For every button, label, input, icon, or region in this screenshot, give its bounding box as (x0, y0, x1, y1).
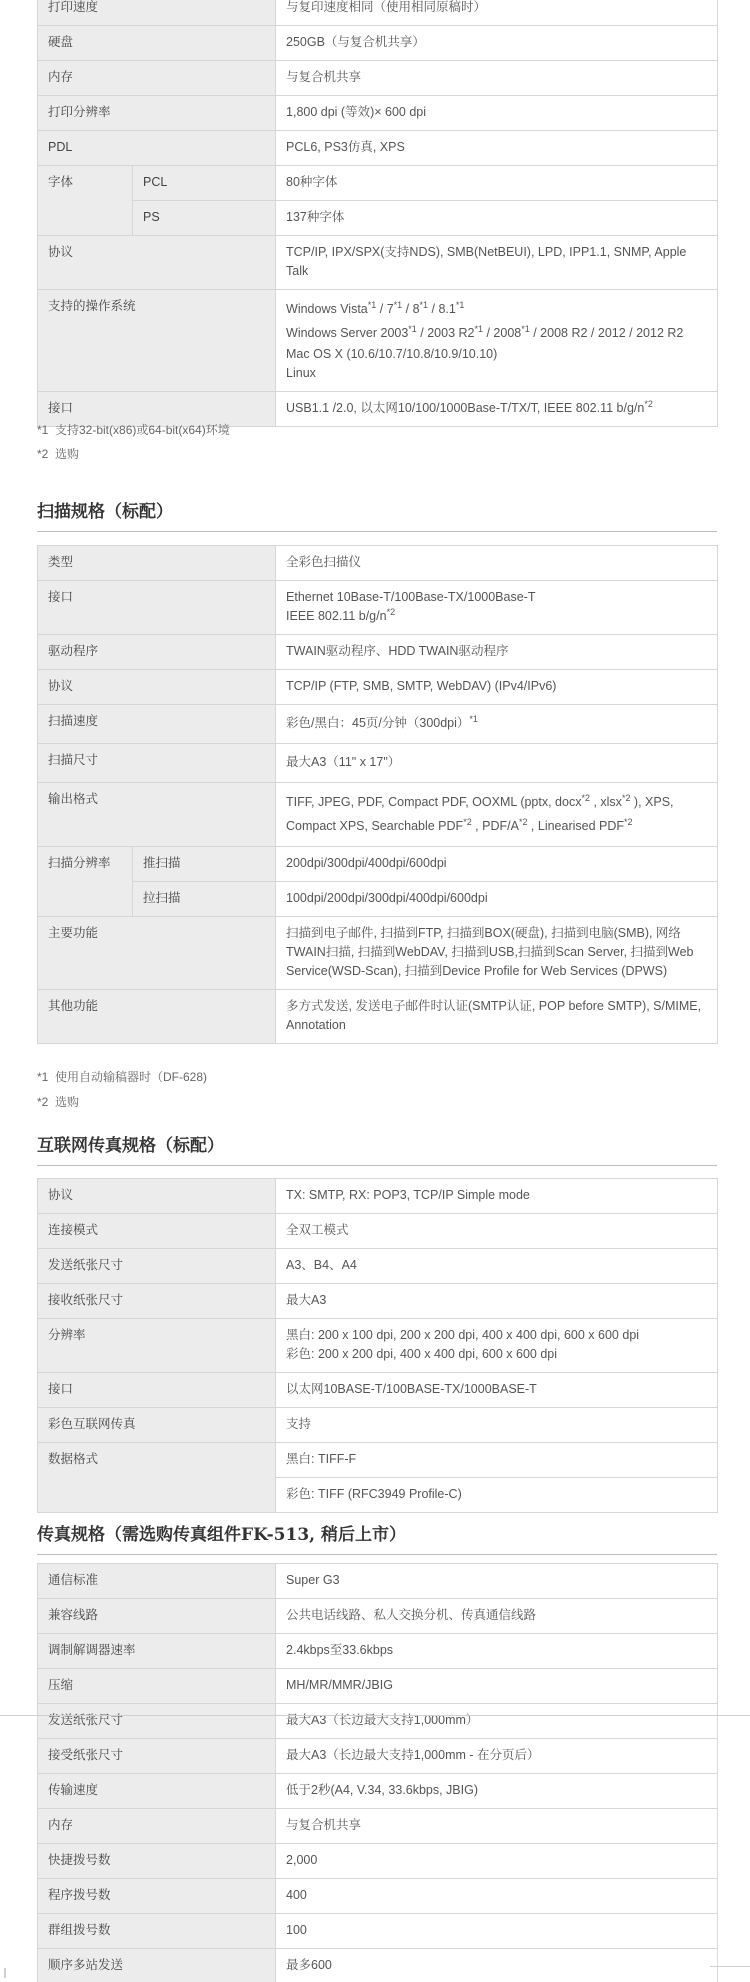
image-seam-edge (717, 1716, 718, 1966)
row-label: 发送纸张尺寸 (38, 1249, 276, 1284)
table-row: 硬盘 250GB（与复合机共享） (38, 26, 718, 61)
row-value: 黑白: 200 x 100 dpi, 200 x 200 dpi, 400 x … (276, 1319, 718, 1373)
footnote: *1使用自动输稿器时（DF-628) (37, 1069, 207, 1085)
table-row: 字体 PCL 80种字体 (38, 166, 718, 201)
row-label: 内存 (38, 1809, 276, 1844)
row-label: 程序拨号数 (38, 1879, 276, 1914)
os-line: Mac OS X (10.6/10.7/10.8/10.9/10.10) (286, 345, 707, 364)
row-label: 扫描速度 (38, 705, 276, 744)
image-seam-divider (0, 1715, 750, 1716)
row-value: 最多600 (276, 1949, 718, 1982)
table-row: 主要功能 扫描到电子邮件, 扫描到FTP, 扫描到BOX(硬盘), 扫描到电脑(… (38, 917, 718, 990)
section-title-scan: 扫描规格（标配） (37, 497, 717, 532)
row-value: 支持 (276, 1408, 718, 1443)
row-label: 兼容线路 (38, 1599, 276, 1634)
row-label: 通信标准 (38, 1564, 276, 1599)
row-label: 打印分辨率 (38, 96, 276, 131)
table-row: 传输速度 低于2秒(A4, V.34, 33.6kbps, JBIG) (38, 1774, 718, 1809)
table-row: 打印速度 与复印速度相同（使用相同原稿时） (38, 0, 718, 26)
table-row: 接收纸张尺寸 最大A3 (38, 1284, 718, 1319)
table-row: 内存 与复合机共享 (38, 61, 718, 96)
table-row: 接口 Ethernet 10Base-T/100Base-TX/1000Base… (38, 581, 718, 635)
row-label: 压缩 (38, 1669, 276, 1704)
row-value: Super G3 (276, 1564, 718, 1599)
row-value: TCP/IP, IPX/SPX(支持NDS), SMB(NetBEUI), LP… (276, 236, 718, 290)
row-value: 低于2秒(A4, V.34, 33.6kbps, JBIG) (276, 1774, 718, 1809)
row-label: 其他功能 (38, 990, 276, 1044)
row-label: 接口 (38, 1373, 276, 1408)
row-label: 传输速度 (38, 1774, 276, 1809)
row-label: 扫描尺寸 (38, 744, 276, 783)
table-row: 接受纸张尺寸 最大A3（长边最大支持1,000mm - 在分页后） (38, 1739, 718, 1774)
row-sublabel: PCL (133, 166, 276, 201)
row-label: 接收纸张尺寸 (38, 1284, 276, 1319)
row-value: 以太网10BASE-T/100BASE-TX/1000BASE-T (276, 1373, 718, 1408)
row-value: 全双工模式 (276, 1214, 718, 1249)
row-value: 黑白: TIFF-F (276, 1443, 718, 1478)
table-row: 扫描分辨率 推扫描 200dpi/300dpi/400dpi/600dpi (38, 847, 718, 882)
table-row: 接口 以太网10BASE-T/100BASE-TX/1000BASE-T (38, 1373, 718, 1408)
footnote: *2选购 (37, 446, 79, 462)
row-label: 连接模式 (38, 1214, 276, 1249)
table-row: 兼容线路 公共电话线路、私人交换分机、传真通信线路 (38, 1599, 718, 1634)
row-value: 1,800 dpi (等效)× 600 dpi (276, 96, 718, 131)
row-label: 协议 (38, 236, 276, 290)
table-row: 扫描尺寸 最大A3（11" x 17"） (38, 744, 718, 783)
row-label: 数据格式 (38, 1443, 276, 1513)
row-value: 与复合机共享 (276, 1809, 718, 1844)
row-label: 驱动程序 (38, 635, 276, 670)
table-row: 协议 TX: SMTP, RX: POP3, TCP/IP Simple mod… (38, 1179, 718, 1214)
row-value: 与复合机共享 (276, 61, 718, 96)
row-label: 扫描分辨率 (38, 847, 133, 917)
table-row: 通信标准 Super G3 (38, 1564, 718, 1599)
table-row: 协议 TCP/IP (FTP, SMB, SMTP, WebDAV) (IPv4… (38, 670, 718, 705)
row-value: 最大A3（长边最大支持1,000mm - 在分页后） (276, 1739, 718, 1774)
row-label: 主要功能 (38, 917, 276, 990)
row-value: 与复印速度相同（使用相同原稿时） (276, 0, 718, 26)
row-label: 协议 (38, 1179, 276, 1214)
table-row: 连接模式 全双工模式 (38, 1214, 718, 1249)
row-value: A3、B4、A4 (276, 1249, 718, 1284)
table-row: 内存 与复合机共享 (38, 1809, 718, 1844)
table-row: 调制解调器速率 2.4kbps至33.6kbps (38, 1634, 718, 1669)
os-line: Linux (286, 364, 707, 383)
footnote: *1支持32-bit(x86)或64-bit(x64)环境 (37, 422, 230, 438)
table-row: 驱动程序 TWAIN驱动程序、HDD TWAIN驱动程序 (38, 635, 718, 670)
table-row: 分辨率 黑白: 200 x 100 dpi, 200 x 200 dpi, 40… (38, 1319, 718, 1373)
os-line: Windows Vista*1 / 7*1 / 8*1 / 8.1*1 (286, 297, 707, 321)
row-value: Windows Vista*1 / 7*1 / 8*1 / 8.1*1 Wind… (276, 290, 718, 392)
row-label: 调制解调器速率 (38, 1634, 276, 1669)
row-label: PDL (38, 131, 276, 166)
internet-fax-spec-table: 协议 TX: SMTP, RX: POP3, TCP/IP Simple mod… (37, 1178, 718, 1513)
row-label: 顺序多站发送 (38, 1949, 276, 1982)
table-row: 拉扫描 100dpi/200dpi/300dpi/400dpi/600dpi (38, 882, 718, 917)
row-label: 接受纸张尺寸 (38, 1739, 276, 1774)
table-row: 数据格式 黑白: TIFF-F (38, 1443, 718, 1478)
row-label: 输出格式 (38, 783, 276, 847)
row-value: 最大A3 (276, 1284, 718, 1319)
table-row: PDL PCL6, PS3仿真, XPS (38, 131, 718, 166)
row-value: 137种字体 (276, 201, 718, 236)
row-label: 硬盘 (38, 26, 276, 61)
table-row: 其他功能 多方式发送, 发送电子邮件时认证(SMTP认证, POP before… (38, 990, 718, 1044)
row-value: 彩色: TIFF (RFC3949 Profile-C) (276, 1478, 718, 1513)
row-label: 彩色互联网传真 (38, 1408, 276, 1443)
row-value: TX: SMTP, RX: POP3, TCP/IP Simple mode (276, 1179, 718, 1214)
row-value: 扫描到电子邮件, 扫描到FTP, 扫描到BOX(硬盘), 扫描到电脑(SMB),… (276, 917, 718, 990)
row-label: 接口 (38, 581, 276, 635)
row-value: 最大A3（11" x 17"） (276, 744, 718, 783)
scan-spec-table: 类型 全彩色扫描仪 接口 Ethernet 10Base-T/100Base-T… (37, 545, 718, 1044)
row-value: 100dpi/200dpi/300dpi/400dpi/600dpi (276, 882, 718, 917)
table-row: 扫描速度 彩色/黑白：45页/分钟（300dpi）*1 (38, 705, 718, 744)
table-row: 彩色互联网传真 支持 (38, 1408, 718, 1443)
row-value: 2,000 (276, 1844, 718, 1879)
print-spec-table: 打印速度 与复印速度相同（使用相同原稿时） 硬盘 250GB（与复合机共享） 内… (37, 0, 718, 427)
table-row: PS 137种字体 (38, 201, 718, 236)
table-row: 发送纸张尺寸 最大A3（长边最大支持1,000mm） (38, 1704, 718, 1739)
table-row: 顺序多站发送 最多600 (38, 1949, 718, 1982)
row-value: 公共电话线路、私人交换分机、传真通信线路 (276, 1599, 718, 1634)
row-value: 250GB（与复合机共享） (276, 26, 718, 61)
row-label: 分辨率 (38, 1319, 276, 1373)
section-title-fax: 传真规格（需选购传真组件FK-513, 稍后上市） (37, 1520, 717, 1555)
row-sublabel: PS (133, 201, 276, 236)
row-value: 100 (276, 1914, 718, 1949)
section-title-internet-fax: 互联网传真规格（标配） (37, 1131, 717, 1166)
row-value: TCP/IP (FTP, SMB, SMTP, WebDAV) (IPv4/IP… (276, 670, 718, 705)
row-label: 类型 (38, 546, 276, 581)
row-label: 打印速度 (38, 0, 276, 26)
os-line: Windows Server 2003*1 / 2003 R2*1 / 2008… (286, 321, 707, 345)
table-row: 群组拨号数 100 (38, 1914, 718, 1949)
row-value: 最大A3（长边最大支持1,000mm） (276, 1704, 718, 1739)
row-value: PCL6, PS3仿真, XPS (276, 131, 718, 166)
row-value: 彩色/黑白：45页/分钟（300dpi）*1 (276, 705, 718, 744)
table-row: 压缩 MH/MR/MMR/JBIG (38, 1669, 718, 1704)
table-row: 支持的操作系统 Windows Vista*1 / 7*1 / 8*1 / 8.… (38, 290, 718, 392)
table-row: 发送纸张尺寸 A3、B4、A4 (38, 1249, 718, 1284)
table-row: 快捷拨号数 2,000 (38, 1844, 718, 1879)
row-label: 快捷拨号数 (38, 1844, 276, 1879)
row-value: MH/MR/MMR/JBIG (276, 1669, 718, 1704)
table-row: 打印分辨率 1,800 dpi (等效)× 600 dpi (38, 96, 718, 131)
row-sublabel: 推扫描 (133, 847, 276, 882)
row-value: 400 (276, 1879, 718, 1914)
row-label: 支持的操作系统 (38, 290, 276, 392)
row-label: 协议 (38, 670, 276, 705)
row-value: 2.4kbps至33.6kbps (276, 1634, 718, 1669)
row-value: USB1.1 /2.0, 以太网10/100/1000Base-T/TX/T, … (276, 392, 718, 427)
row-value: 200dpi/300dpi/400dpi/600dpi (276, 847, 718, 882)
row-value: TWAIN驱动程序、HDD TWAIN驱动程序 (276, 635, 718, 670)
scan-artifact (4, 1968, 6, 1978)
row-label: 内存 (38, 61, 276, 96)
table-row: 协议 TCP/IP, IPX/SPX(支持NDS), SMB(NetBEUI),… (38, 236, 718, 290)
row-value: 80种字体 (276, 166, 718, 201)
row-sublabel: 拉扫描 (133, 882, 276, 917)
row-value: 全彩色扫描仪 (276, 546, 718, 581)
row-value: 多方式发送, 发送电子邮件时认证(SMTP认证, POP before SMTP… (276, 990, 718, 1044)
row-label: 群组拨号数 (38, 1914, 276, 1949)
row-label: 字体 (38, 166, 133, 236)
footnote: *2选购 (37, 1094, 79, 1110)
table-row: 输出格式 TIFF, JPEG, PDF, Compact PDF, OOXML… (38, 783, 718, 847)
table-row: 程序拨号数 400 (38, 1879, 718, 1914)
scan-artifact (710, 1966, 750, 1967)
row-label: 发送纸张尺寸 (38, 1704, 276, 1739)
fax-spec-table: 通信标准 Super G3 兼容线路 公共电话线路、私人交换分机、传真通信线路 … (37, 1563, 718, 1982)
row-value: Ethernet 10Base-T/100Base-TX/1000Base-T … (276, 581, 718, 635)
table-row: 类型 全彩色扫描仪 (38, 546, 718, 581)
row-value: TIFF, JPEG, PDF, Compact PDF, OOXML (ppt… (276, 783, 718, 847)
